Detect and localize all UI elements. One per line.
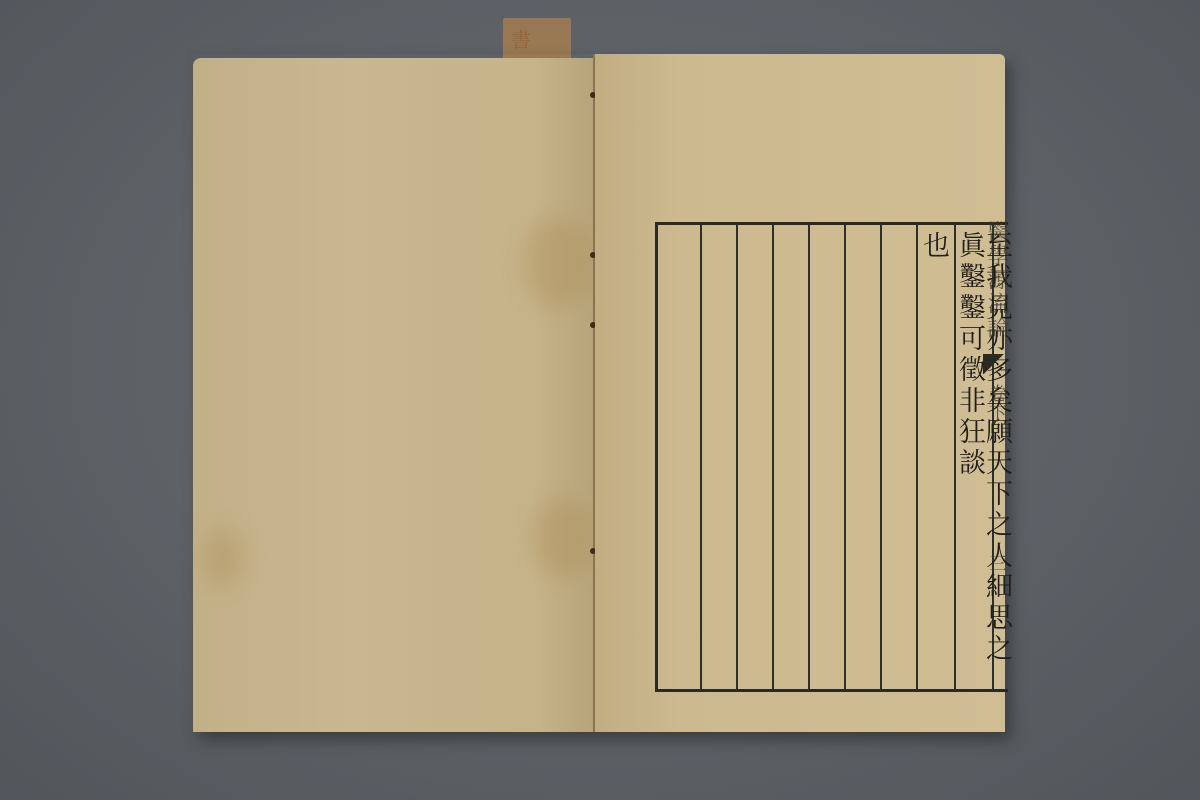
right-page: 至我見亦多矣願天下之人細思之眞鑿鑿可徵非狂談 也 醫學源流論 卷下 三 xyxy=(595,54,1005,732)
seal-text: 書 xyxy=(511,24,535,53)
fish-tail-mark xyxy=(983,354,1005,374)
margin-title: 醫學源流論 xyxy=(981,220,1012,340)
paper-stain xyxy=(523,218,593,308)
show-through-text xyxy=(780,245,800,665)
text-column-2: 也 xyxy=(920,231,947,262)
show-through-text xyxy=(744,245,764,665)
page-number: 三 xyxy=(983,554,1009,574)
paper-stain xyxy=(533,498,593,578)
volume-label: 卷下 xyxy=(983,384,1009,424)
text-frame: 至我見亦多矣願天下之人細思之眞鑿鑿可徵非狂談 也 xyxy=(655,222,1008,692)
paper-stain xyxy=(203,528,243,588)
show-through-text xyxy=(708,245,728,665)
left-page xyxy=(193,58,594,732)
show-through-text xyxy=(670,245,690,665)
open-book: 至我見亦多矣願天下之人細思之眞鑿鑿可徵非狂談 也 醫學源流論 卷下 三 xyxy=(193,54,1005,732)
